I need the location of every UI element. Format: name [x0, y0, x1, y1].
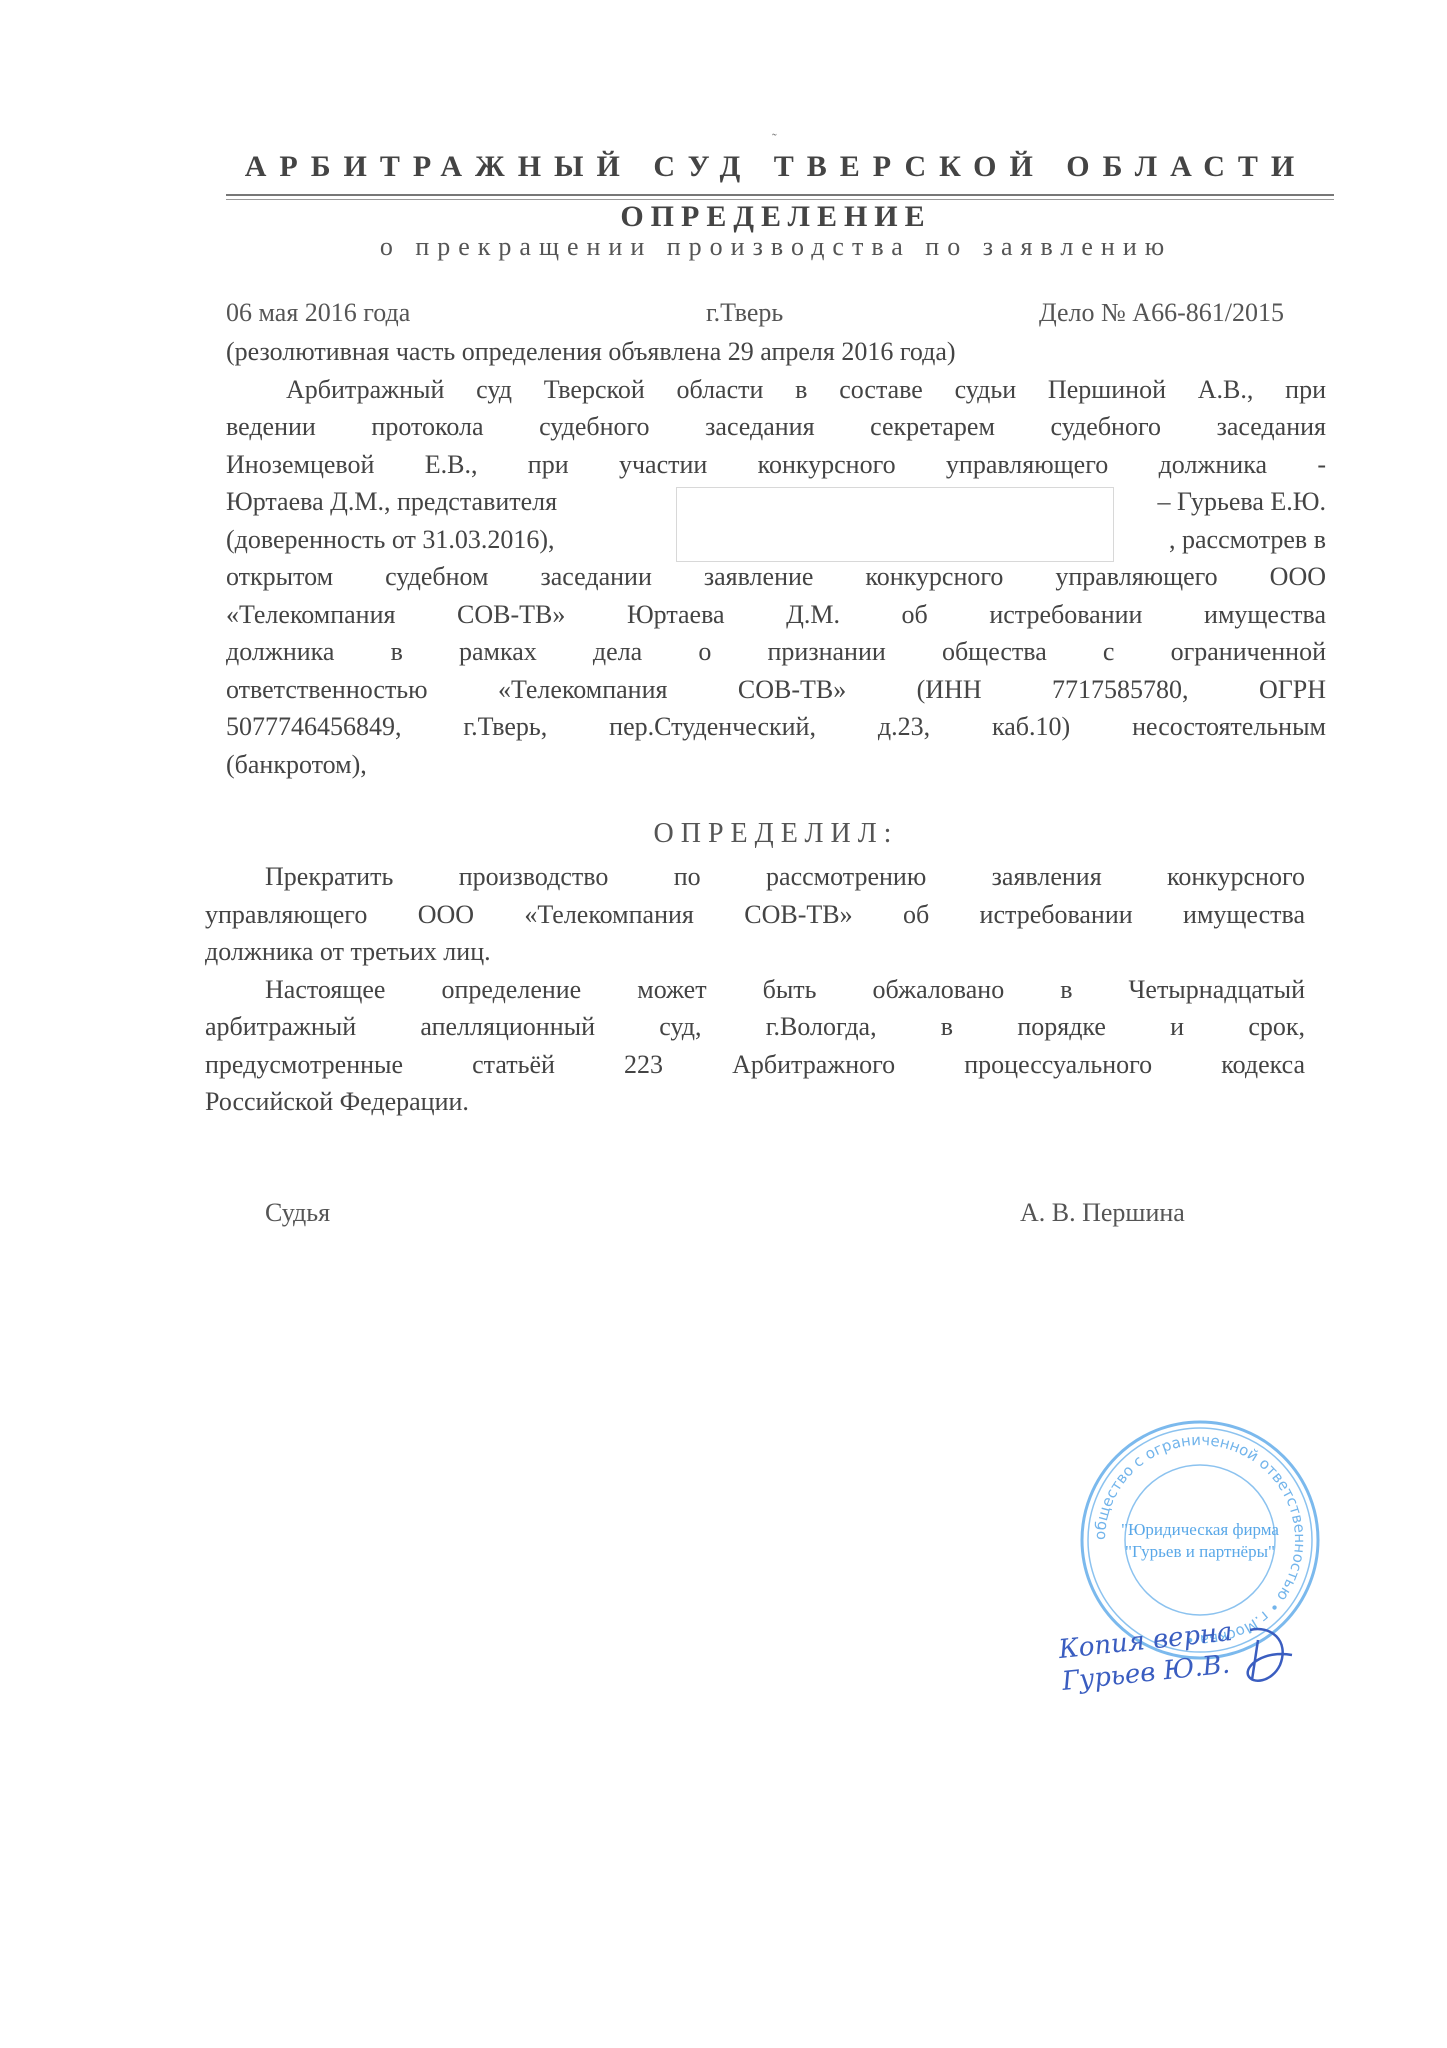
document-page: ˜ АРБИТРАЖНЫЙ СУД ТВЕРСКОЙ ОБЛАСТИ ОПРЕД… — [0, 0, 1447, 2048]
preamble-fragment: – Гурьева Е.Ю. — [1157, 483, 1326, 521]
handwritten-signature-icon — [1240, 1620, 1300, 1695]
decision-line: предусмотренные статьёй 223 Арбитражного… — [205, 1046, 1305, 1084]
decision-line: Российской Федерации. — [205, 1083, 1305, 1121]
preamble-fragment: (доверенность от 31.03.2016), — [226, 525, 555, 554]
redaction-box — [676, 487, 1114, 562]
preamble-line: должника в рамках дела о признании общес… — [226, 633, 1326, 671]
svg-text:"Юридическая фирма: "Юридическая фирма — [1121, 1520, 1279, 1539]
case-meta: 06 мая 2016 года г.Тверь Дело № А66-861/… — [226, 298, 1284, 328]
preamble-line: открытом судебном заседании заявление ко… — [226, 558, 1326, 596]
decision-text: Прекратить производство по рассмотрению … — [205, 858, 1305, 1121]
scan-mark: ˜ — [772, 132, 777, 148]
preamble-fragment: , рассмотрев в — [1169, 521, 1326, 559]
decision-line: Прекратить производство по рассмотрению … — [205, 858, 1305, 896]
city: г.Тверь — [706, 298, 783, 328]
decision-heading: ОПРЕДЕЛИЛ: — [226, 818, 1326, 850]
document-subtitle: о прекращении производства по заявлению — [226, 232, 1326, 262]
decision-line: управляющего ООО «Телекомпания СОВ-ТВ» о… — [205, 896, 1305, 934]
preamble-line: ведении протокола судебного заседания се… — [226, 408, 1326, 446]
preamble-fragment: Юртаева Д.М., представителя — [226, 487, 557, 516]
signature-role: Судья — [265, 1198, 330, 1228]
document-type: ОПРЕДЕЛЕНИЕ — [226, 200, 1326, 234]
preamble-line: 5077746456849, г.Тверь, пер.Студенческий… — [226, 708, 1326, 746]
decision-date: 06 мая 2016 года — [226, 298, 410, 328]
preamble-line: Иноземцевой Е.В., при участии конкурсног… — [226, 446, 1326, 484]
case-number: Дело № А66-861/2015 — [1039, 298, 1284, 328]
decision-line: должника от третьих лиц. — [205, 933, 1305, 971]
decision-line: арбитражный апелляционный суд, г.Вологда… — [205, 1008, 1305, 1046]
preamble-line: (резолютивная часть определения объявлен… — [226, 333, 1326, 371]
preamble-line: Арбитражный суд Тверской области в соста… — [226, 371, 1326, 409]
decision-line: Настоящее определение может быть обжалов… — [205, 971, 1305, 1009]
preamble-line: «Телекомпания СОВ-ТВ» Юртаева Д.М. об ис… — [226, 596, 1326, 634]
preamble-line: (банкротом), — [226, 746, 1326, 784]
svg-text:"Гурьев и партнёры": "Гурьев и партнёры" — [1125, 1542, 1275, 1561]
court-name: АРБИТРАЖНЫЙ СУД ТВЕРСКОЙ ОБЛАСТИ — [226, 150, 1326, 184]
preamble-line: ответственностью «Телекомпания СОВ-ТВ» (… — [226, 671, 1326, 709]
svg-text:общество с ограниченной ответс: общество с ограниченной ответственностью… — [1091, 1431, 1309, 1649]
signature-name: А. В. Першина — [1020, 1198, 1185, 1228]
header-rule — [226, 194, 1334, 196]
